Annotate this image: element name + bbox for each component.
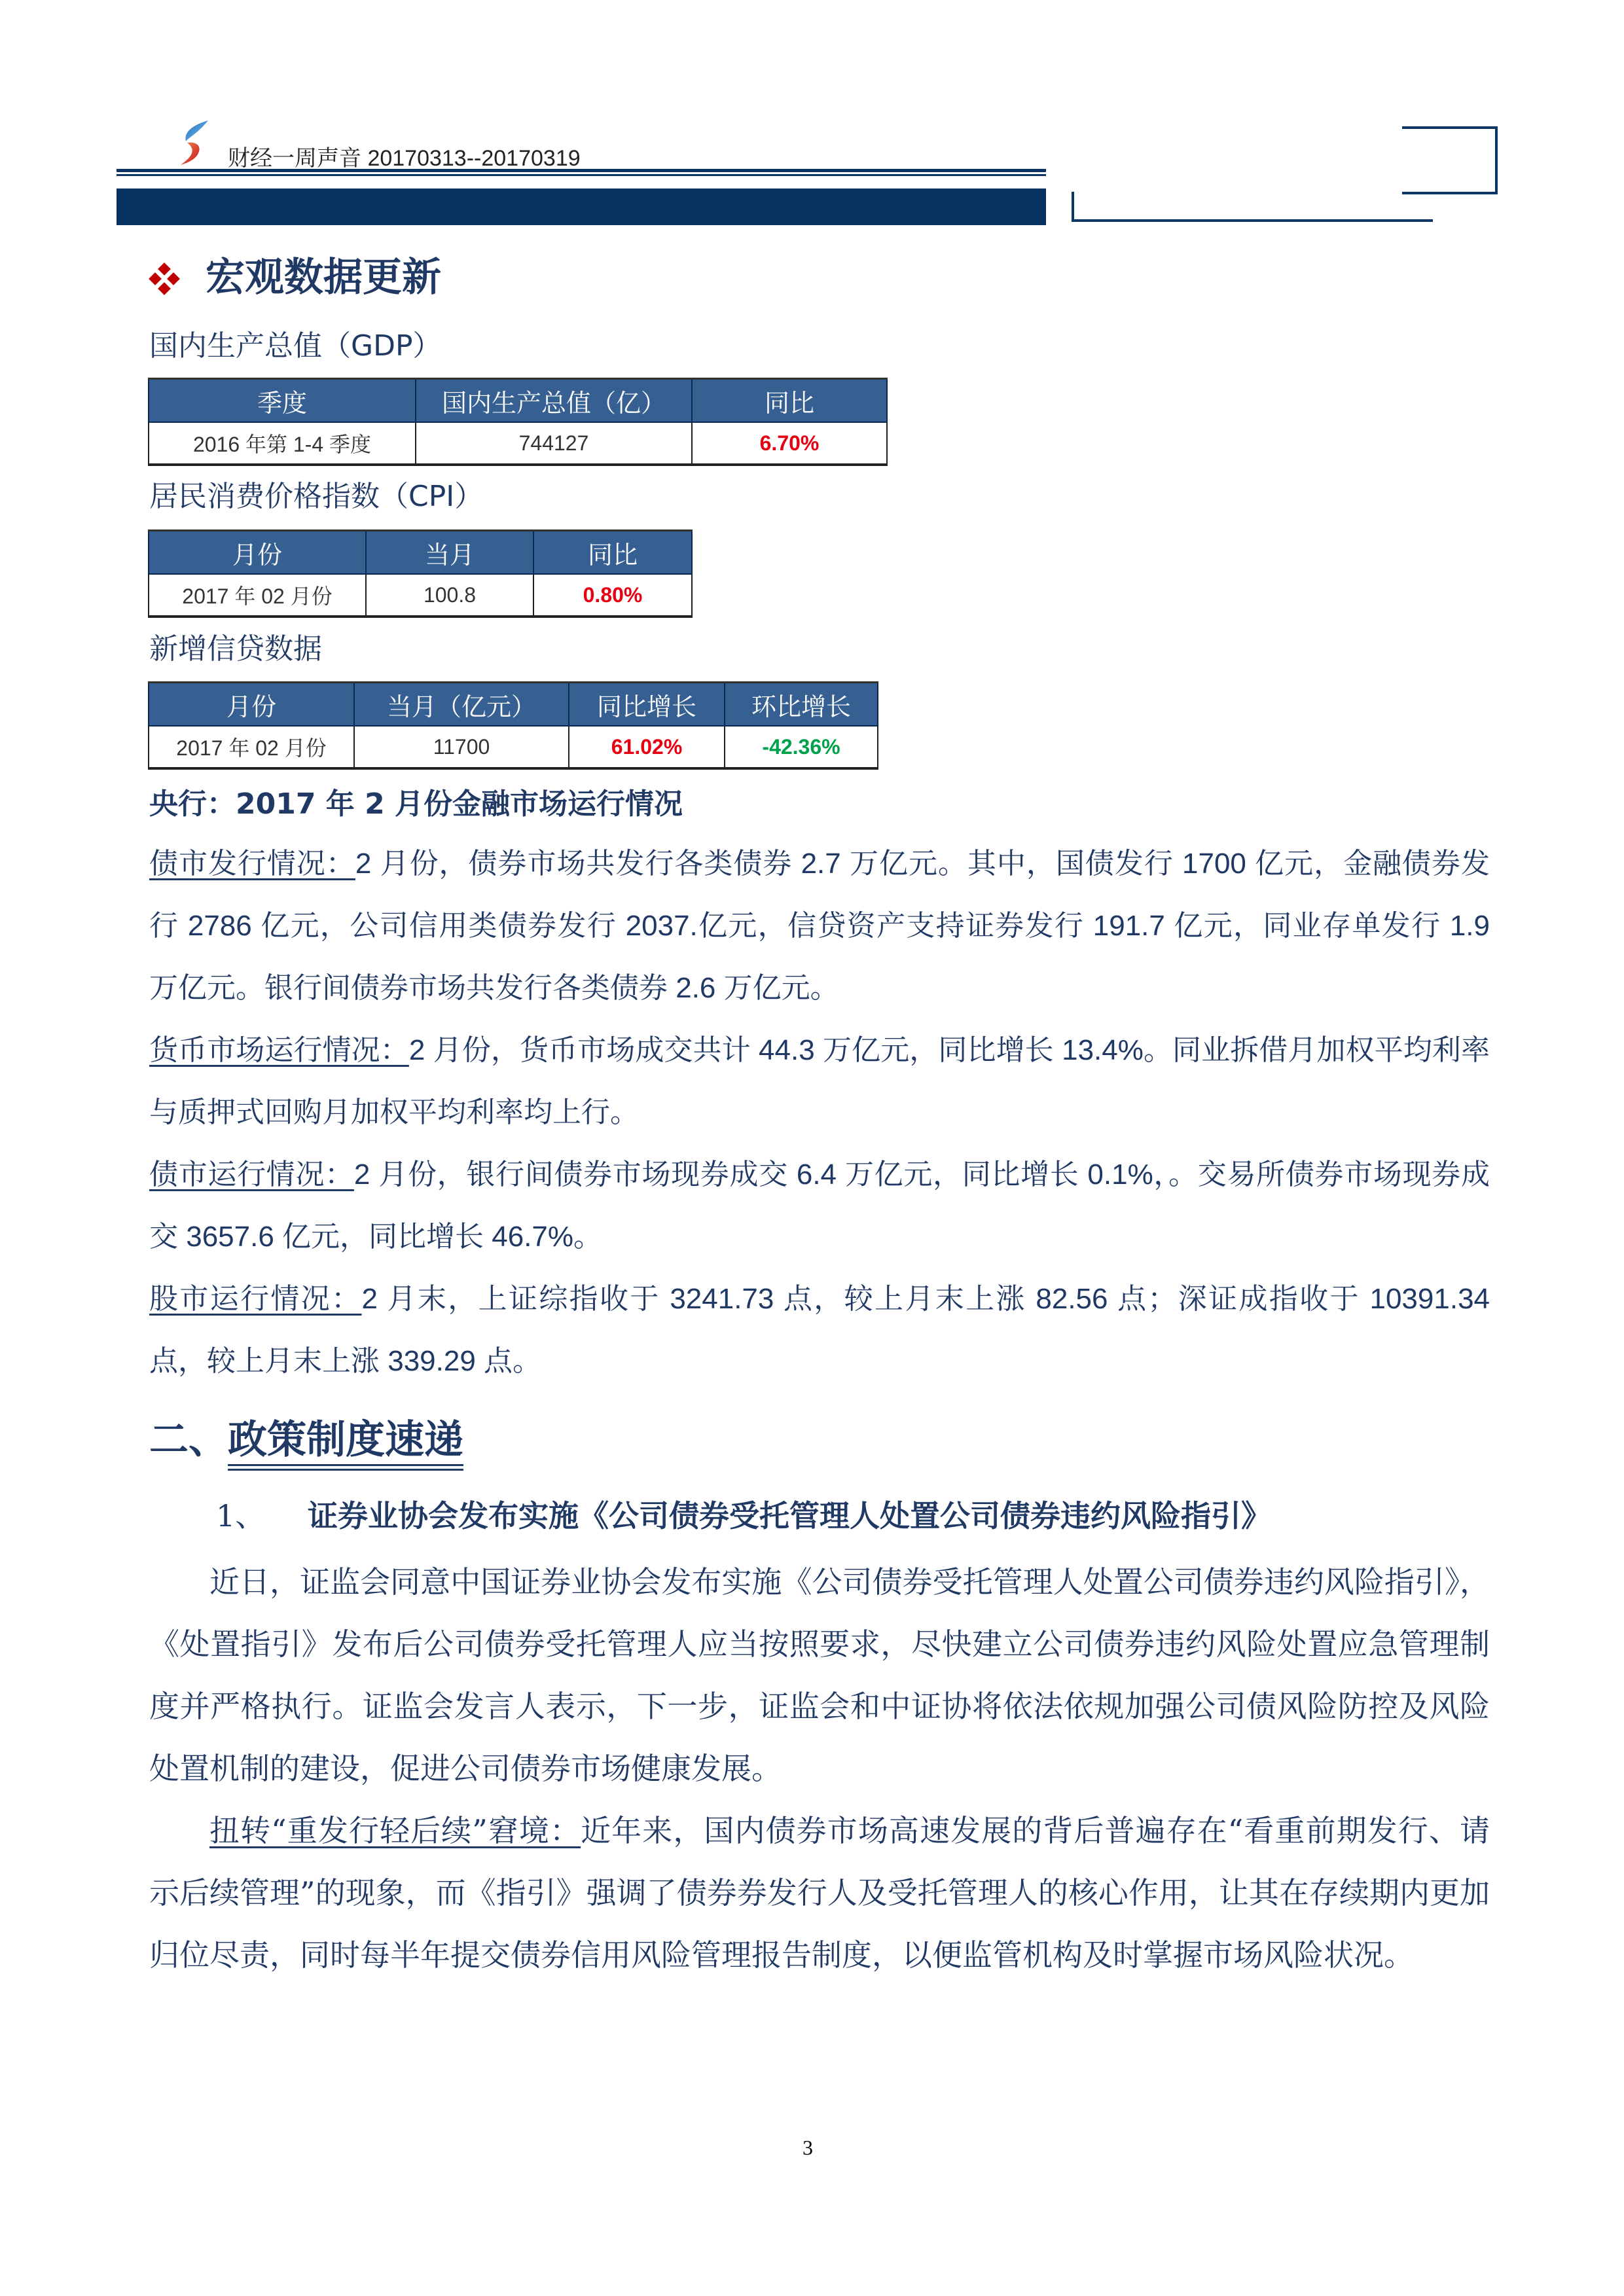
paragraph-label: 扭转“重发行轻后续”窘境： bbox=[209, 1813, 581, 1848]
header-title: 财经一周声音 20170313--20170319 bbox=[228, 140, 581, 172]
column-header: 同比 bbox=[533, 531, 692, 575]
paragraph-label: 股市运行情况： bbox=[149, 1283, 362, 1315]
paragraph-bond-market: 债市运行情况：2 月份，银行间债券市场现券成交 6.4 万亿元，同比增长 0.1… bbox=[149, 1143, 1490, 1268]
gdp-table: 季度 国内生产总值（亿） 同比 2016 年第 1-4 季度 744127 6.… bbox=[148, 378, 888, 466]
section-title-policy: 二、政策制度速递 bbox=[149, 1408, 463, 1465]
table-cell: 2017 年 02 月份 bbox=[149, 574, 366, 617]
table-cell-mom: -42.36% bbox=[725, 726, 878, 768]
cpi-title: 居民消费价格指数（CPI） bbox=[149, 473, 483, 514]
table-cell-yoy: 6.70% bbox=[692, 422, 887, 465]
paragraph-bond-issuance: 债市发行情况：2 月份，债券市场共发行各类债券 2.7 万亿元。其中，国债发行 … bbox=[149, 833, 1490, 1019]
column-header: 同比 bbox=[692, 379, 887, 423]
item-title: 证券业协会发布实施《公司债券受托管理人处置公司债券违约风险指引》 bbox=[308, 1498, 1271, 1534]
header-decor-frame-bottom bbox=[1072, 192, 1433, 222]
table-row: 2016 年第 1-4 季度 744127 6.70% bbox=[149, 422, 887, 465]
column-header: 国内生产总值（亿） bbox=[416, 379, 692, 423]
column-header: 月份 bbox=[149, 531, 366, 575]
column-header: 月份 bbox=[149, 683, 354, 726]
item-number: 1、 bbox=[216, 1492, 308, 1535]
policy-paragraph-1: 近日，证监会同意中国证券业协会发布实施《公司债券受托管理人处置公司债券违约风险指… bbox=[149, 1551, 1490, 1800]
column-header: 同比增长 bbox=[569, 683, 725, 726]
table-cell: 744127 bbox=[416, 422, 692, 465]
page-number: 3 bbox=[803, 2136, 813, 2160]
table-cell-yoy: 0.80% bbox=[533, 574, 692, 617]
paragraph-label: 债市运行情况： bbox=[149, 1158, 354, 1191]
paragraph-stock-market: 股市运行情况：2 月末，上证综指收于 3241.73 点，较上月末上涨 82.5… bbox=[149, 1268, 1490, 1392]
red-diamond-cluster-icon bbox=[149, 263, 179, 296]
header-rule-thin bbox=[117, 174, 1046, 176]
table-cell: 100.8 bbox=[366, 574, 533, 617]
table-header-row: 月份 当月 同比 bbox=[149, 531, 692, 575]
paragraph-money-market: 货币市场运行情况：2 月份，货币市场成交共计 44.3 万亿元，同比增长 13.… bbox=[149, 1019, 1490, 1143]
header-banner-bar bbox=[117, 188, 1046, 225]
table-row: 2017 年 02 月份 100.8 0.80% bbox=[149, 574, 692, 617]
section-title-text: 政策制度速递 bbox=[228, 1417, 463, 1471]
paragraph-label: 货币市场运行情况： bbox=[149, 1034, 409, 1066]
policy-item-heading: 1、证券业协会发布实施《公司债券受托管理人处置公司债券违约风险指引》 bbox=[216, 1492, 1271, 1535]
gdp-title: 国内生产总值（GDP） bbox=[149, 322, 442, 364]
table-cell: 2016 年第 1-4 季度 bbox=[149, 422, 416, 465]
section-title-text: 宏观数据更新 bbox=[206, 255, 441, 300]
table-cell: 11700 bbox=[354, 726, 569, 768]
table-header-row: 月份 当月（亿元） 同比增长 环比增长 bbox=[149, 683, 878, 726]
credit-table: 月份 当月（亿元） 同比增长 环比增长 2017 年 02 月份 11700 6… bbox=[148, 681, 878, 770]
s-swoosh-logo-icon bbox=[175, 118, 215, 166]
table-header-row: 季度 国内生产总值（亿） 同比 bbox=[149, 379, 887, 423]
policy-paragraph-2: 扭转“重发行轻后续”窘境：近年来，国内债券市场高速发展的背后普遍存在“看重前期发… bbox=[149, 1800, 1490, 1986]
table-row: 2017 年 02 月份 11700 61.02% -42.36% bbox=[149, 726, 878, 768]
header-decor-frame-top bbox=[1402, 126, 1498, 194]
column-header: 环比增长 bbox=[725, 683, 878, 726]
section-number: 二、 bbox=[149, 1417, 228, 1463]
credit-title: 新增信贷数据 bbox=[149, 625, 322, 667]
table-cell-yoy: 61.02% bbox=[569, 726, 725, 768]
column-header: 当月 bbox=[366, 531, 533, 575]
section-title-macro: 宏观数据更新 bbox=[149, 246, 441, 302]
column-header: 当月（亿元） bbox=[354, 683, 569, 726]
column-header: 季度 bbox=[149, 379, 416, 423]
table-cell: 2017 年 02 月份 bbox=[149, 726, 354, 768]
pboc-title: 央行：2017 年 2 月份金融市场运行情况 bbox=[149, 780, 683, 822]
paragraph-label: 债市发行情况： bbox=[149, 848, 355, 880]
cpi-table: 月份 当月 同比 2017 年 02 月份 100.8 0.80% bbox=[148, 529, 693, 618]
header-rule bbox=[117, 169, 1046, 172]
